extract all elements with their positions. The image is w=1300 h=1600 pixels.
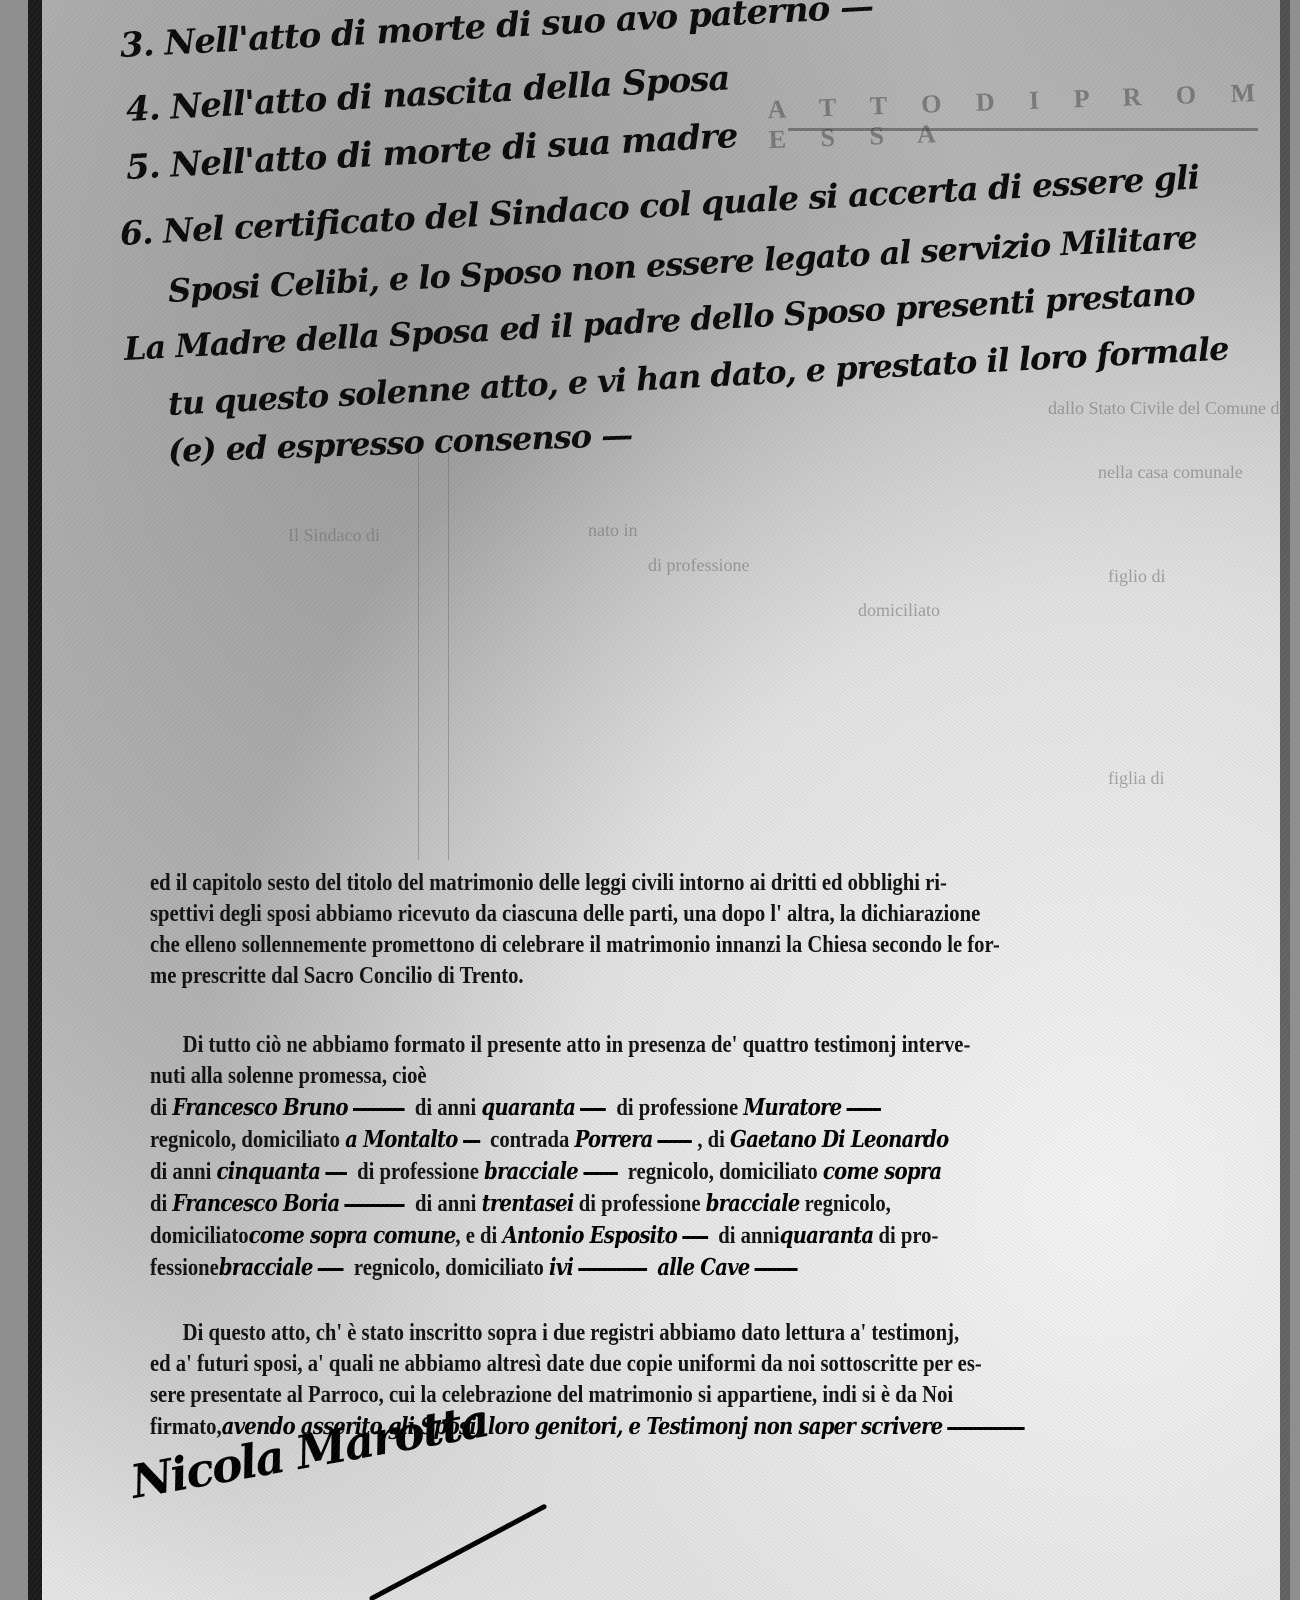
witness-3-profession: bracciale — [706, 1190, 800, 1217]
witness-4-profession: bracciale — [219, 1254, 313, 1281]
column-line — [418, 440, 419, 860]
printed-paragraph-1: ed il capitolo sesto del titolo del matr… — [150, 868, 1096, 992]
witness-4-name: Antonio Esposito — [502, 1222, 676, 1249]
witness-1-domicile: a Montalto — [345, 1126, 457, 1153]
handwritten-consent-line-3: (e) ed espresso consenso — — [167, 416, 632, 470]
witness-line-4: di Francesco Boria di anni trentasei di … — [150, 1188, 1096, 1220]
document-page: A T T O D I P R O M E S S A dallo Stato … — [28, 0, 1290, 1600]
handwritten-note-5: 5. Nell'atto di morte di sua madre — [125, 116, 738, 188]
page-shadow-right — [1280, 0, 1290, 1600]
witness-line-1: di Francesco Bruno di anni quaranta di p… — [150, 1092, 1096, 1124]
witness-1-age: quaranta — [481, 1094, 575, 1121]
column-line — [448, 440, 449, 860]
witness-1-name: Francesco Bruno — [172, 1094, 347, 1121]
witness-1-street: Porrera — [574, 1126, 652, 1153]
witness-3-domicile: come sopra comune — [249, 1222, 456, 1249]
handwritten-note-4: 4. Nell'atto di nascita della Sposa — [125, 58, 730, 130]
witness-2-age: cinquanta — [217, 1158, 321, 1185]
signature-flourish — [369, 1503, 548, 1600]
witness-4-domicile: ivi — [549, 1254, 573, 1281]
ghost-text: figlia di — [1108, 768, 1165, 789]
witness-3-age: trentasei — [482, 1190, 574, 1217]
ghost-text: nella casa comunale — [1098, 462, 1243, 483]
witness-4-street: alle Cave — [657, 1254, 749, 1281]
witness-2-profession: bracciale — [484, 1158, 578, 1185]
witness-line-2: regnicolo, domiciliato a Montalto contra… — [150, 1124, 1096, 1156]
witness-4-age: quaranta — [780, 1222, 874, 1249]
witness-2-name: Gaetano Di Leonardo — [730, 1126, 948, 1153]
witness-line-5: domiciliatocome sopra comune, e di Anton… — [150, 1220, 1096, 1252]
page-shadow-left — [28, 0, 42, 1600]
ghost-text: figlio di — [1108, 566, 1166, 587]
witness-line-6: fessionebracciale regnicolo, domiciliato… — [150, 1252, 1096, 1284]
witness-2-domicile: come sopra — [823, 1158, 941, 1185]
handwritten-note-3: 3. Nell'atto di morte di suo avo paterno… — [119, 0, 874, 66]
bleed-through-header: A T T O D I P R O M E S S A — [767, 77, 1291, 155]
bleed-through-rule — [788, 128, 1258, 131]
printed-paragraph-3: Di questo atto, ch' è stato inscritto so… — [150, 1318, 1096, 1443]
witness-line-3: di anni cinquanta di professione braccia… — [150, 1156, 1096, 1188]
ghost-text: nato in — [588, 520, 638, 541]
ghost-text: domiciliato — [858, 600, 940, 621]
ghost-text: Il Sindaco di — [288, 525, 380, 546]
ghost-text: di professione — [648, 555, 749, 576]
printed-paragraph-2: Di tutto ciò ne abbiamo formato il prese… — [150, 1030, 1096, 1284]
witness-1-profession: Muratore — [743, 1094, 841, 1121]
ghost-text: dallo Stato Civile del Comune di — [1048, 398, 1284, 419]
witness-3-name: Francesco Boria — [172, 1190, 339, 1217]
